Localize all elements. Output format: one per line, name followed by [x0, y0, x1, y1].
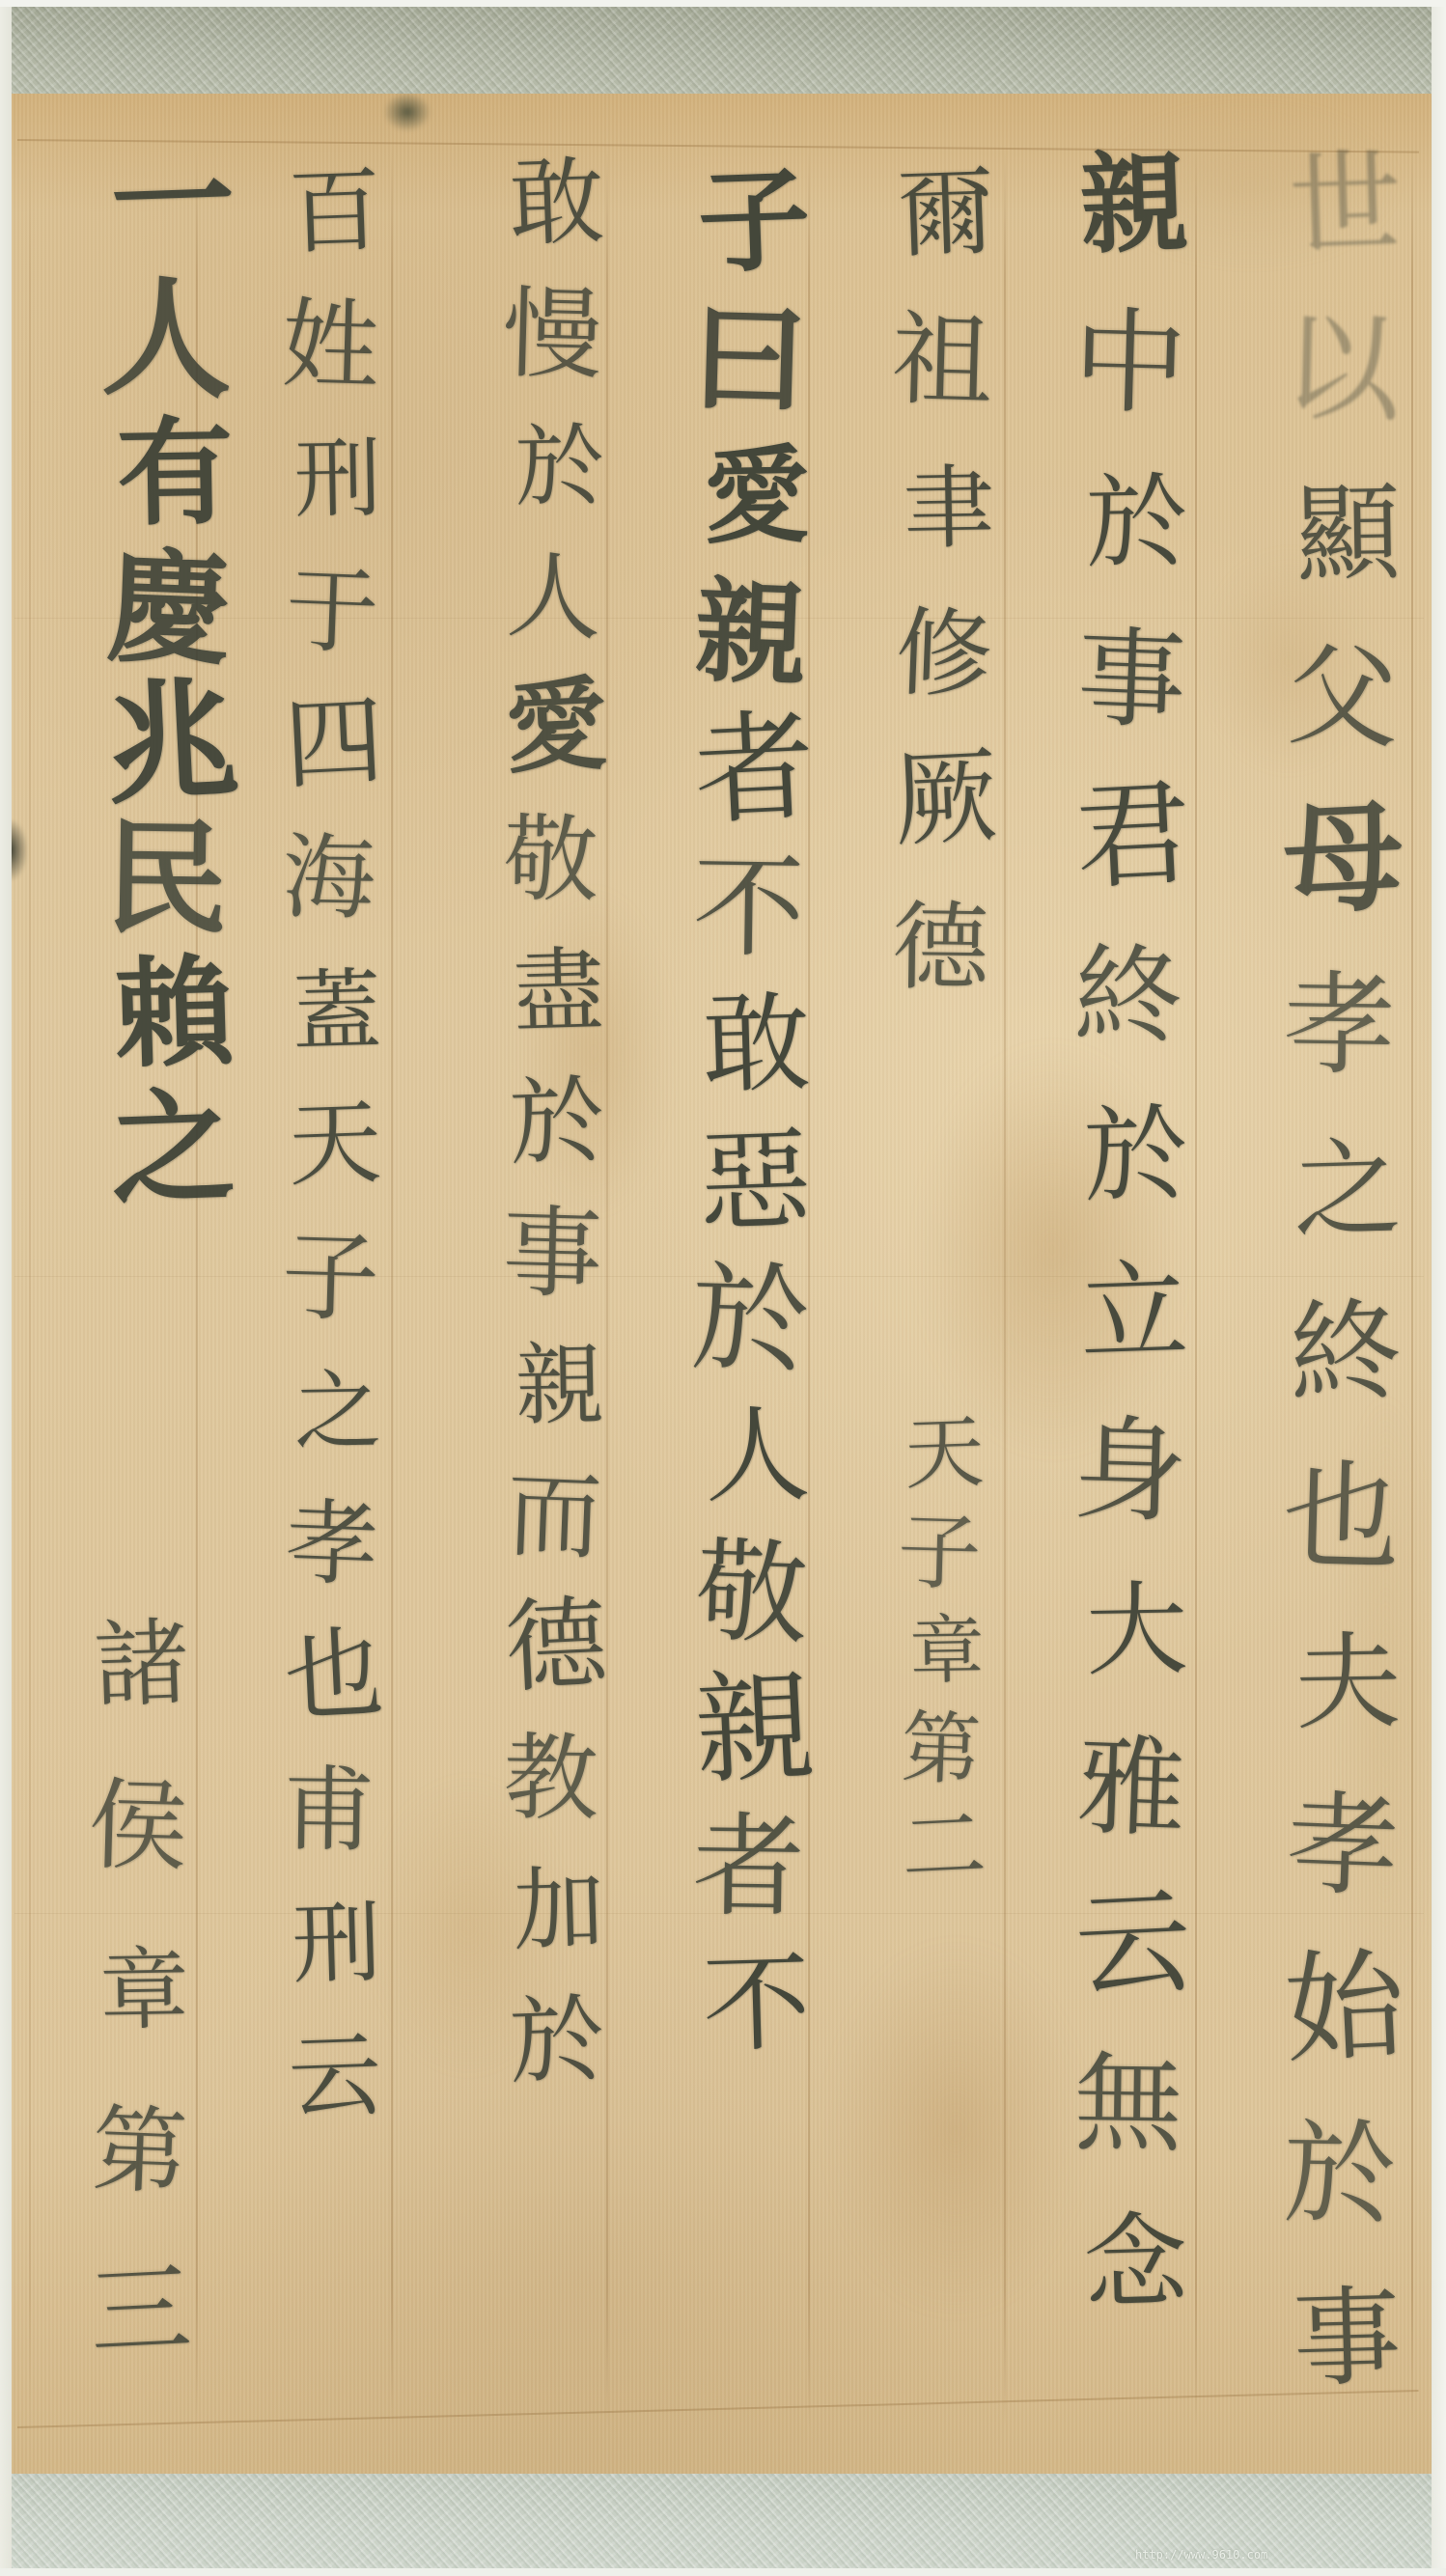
column-rule — [606, 143, 608, 2428]
scan-edge-right — [1432, 0, 1446, 2576]
column-rule — [1411, 143, 1413, 2428]
calligraphy-column-3: 爾祖聿修厥德 — [842, 162, 985, 1089]
column-rule — [1004, 143, 1006, 2428]
column-rule — [1195, 143, 1197, 2428]
calligraphy-column-5: 敢慢於人愛敬盡於事親而德教加於 — [452, 152, 595, 2160]
calligraphy-column-1: 世以顯父母孝之終也夫孝始於事 — [1228, 145, 1390, 2490]
column-rule — [29, 143, 31, 2428]
chapter-heading-tianzi: 天子章第二 — [851, 1411, 975, 1923]
chapter-heading-zhuhou: 諸侯章第三 — [56, 1614, 180, 2444]
column-rule — [391, 143, 393, 2428]
watermark: http://www.9610.com — [1135, 2548, 1267, 2562]
silk-mount-top — [4, 7, 1437, 94]
calligraphy-column-2: 親中於事君終於立身大雅云無念 — [1025, 147, 1178, 2396]
scan-edge-left — [0, 0, 12, 2576]
calligraphy-column-4: 子曰愛親者不敢惡於人敬親者不 — [637, 162, 799, 2150]
scan-edge-bottom — [0, 2568, 1446, 2576]
manuscript-scan: 世以顯父母孝之終也夫孝始於事 親中於事君終於立身大雅云無念 爾祖聿修厥德 天子章… — [0, 0, 1446, 2576]
scan-edge-top — [0, 0, 1446, 7]
calligraphy-column-6: 百姓刑于四海蓋天子之孝也甫刑云 — [230, 162, 373, 2189]
calligraphy-column-7: 一人有慶兆民賴之 — [50, 137, 222, 1257]
